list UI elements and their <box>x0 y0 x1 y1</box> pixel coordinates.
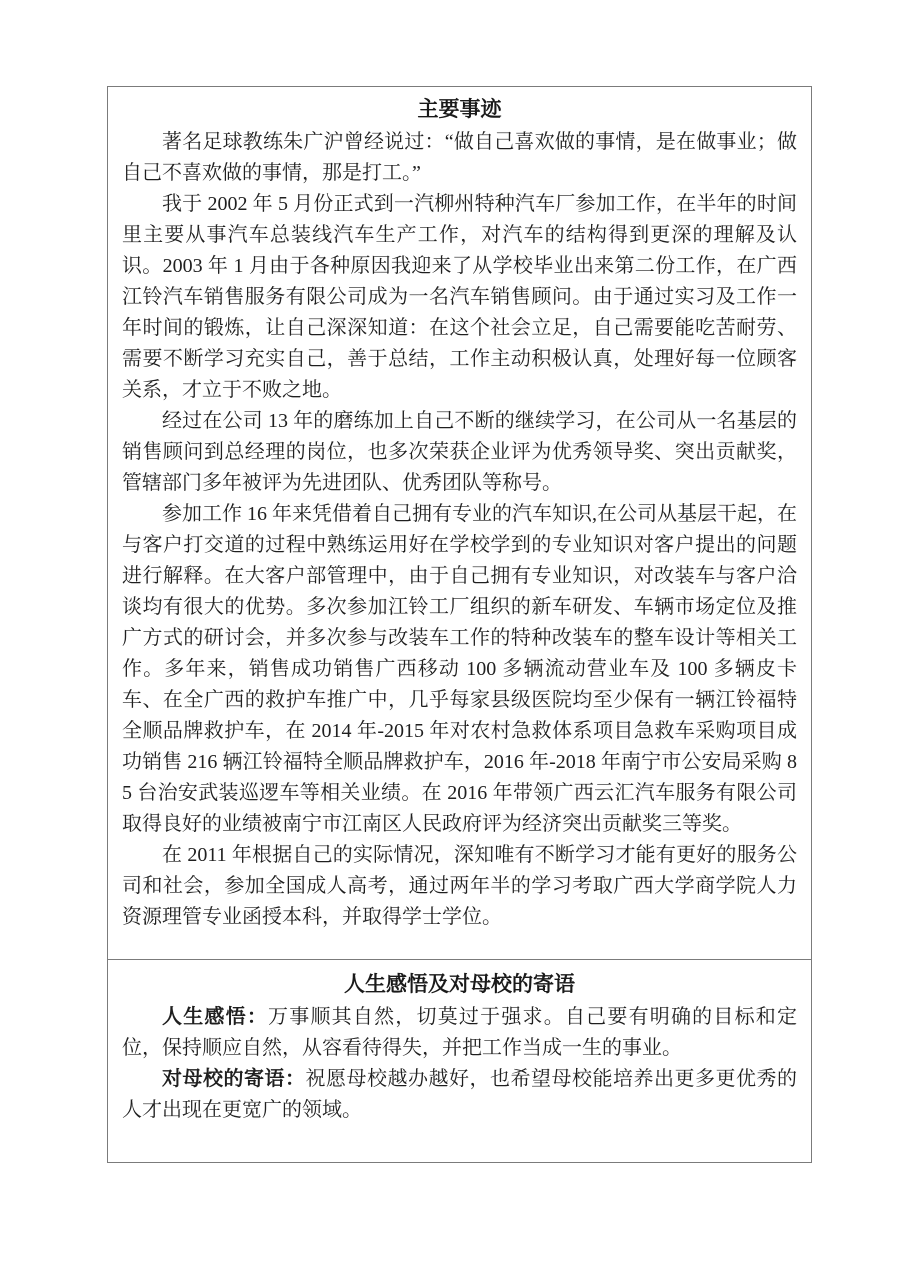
life-reflection-paragraph: 人生感悟：万事顺其自然，切莫过于强求。自己要有明确的目标和定位，保持顺应自然，从… <box>122 1002 797 1064</box>
main-deeds-paragraph-1: 著名足球教练朱广沪曾经说过：“做自己喜欢做的事情，是在做事业；做自己不喜欢做的事… <box>122 127 797 189</box>
document-page: { "page": { "background_color": "#ffffff… <box>0 0 900 1273</box>
main-deeds-paragraph-3: 经过在公司 13 年的磨练加上自己不断的继续学习，在公司从一名基层的销售顾问到总… <box>122 406 797 499</box>
document-table-frame: 主要事迹 著名足球教练朱广沪曾经说过：“做自己喜欢做的事情，是在做事业；做自己不… <box>107 86 812 1163</box>
alma-mater-message-label: 对母校的寄语： <box>162 1068 306 1090</box>
reflection-title: 人生感悟及对母校的寄语 <box>122 966 797 1002</box>
reflection-cell: 人生感悟及对母校的寄语 人生感悟：万事顺其自然，切莫过于强求。自己要有明确的目标… <box>108 960 811 1162</box>
main-deeds-paragraph-2: 我于 2002 年 5 月份正式到一汽柳州特种汽车厂参加工作，在半年的时间里主要… <box>122 189 797 406</box>
life-reflection-label: 人生感悟： <box>162 1006 268 1028</box>
main-deeds-paragraph-4: 参加工作 16 年来凭借着自己拥有专业的汽车知识,在公司从基层干起，在与客户打交… <box>122 499 797 840</box>
alma-mater-message-paragraph: 对母校的寄语：祝愿母校越办越好，也希望母校能培养出更多更优秀的人才出现在更宽广的… <box>122 1064 797 1126</box>
main-deeds-title: 主要事迹 <box>122 91 797 127</box>
main-deeds-cell: 主要事迹 著名足球教练朱广沪曾经说过：“做自己喜欢做的事情，是在做事业；做自己不… <box>108 87 811 960</box>
main-deeds-paragraph-5: 在 2011 年根据自己的实际情况，深知唯有不断学习才能有更好的服务公司和社会，… <box>122 840 797 933</box>
